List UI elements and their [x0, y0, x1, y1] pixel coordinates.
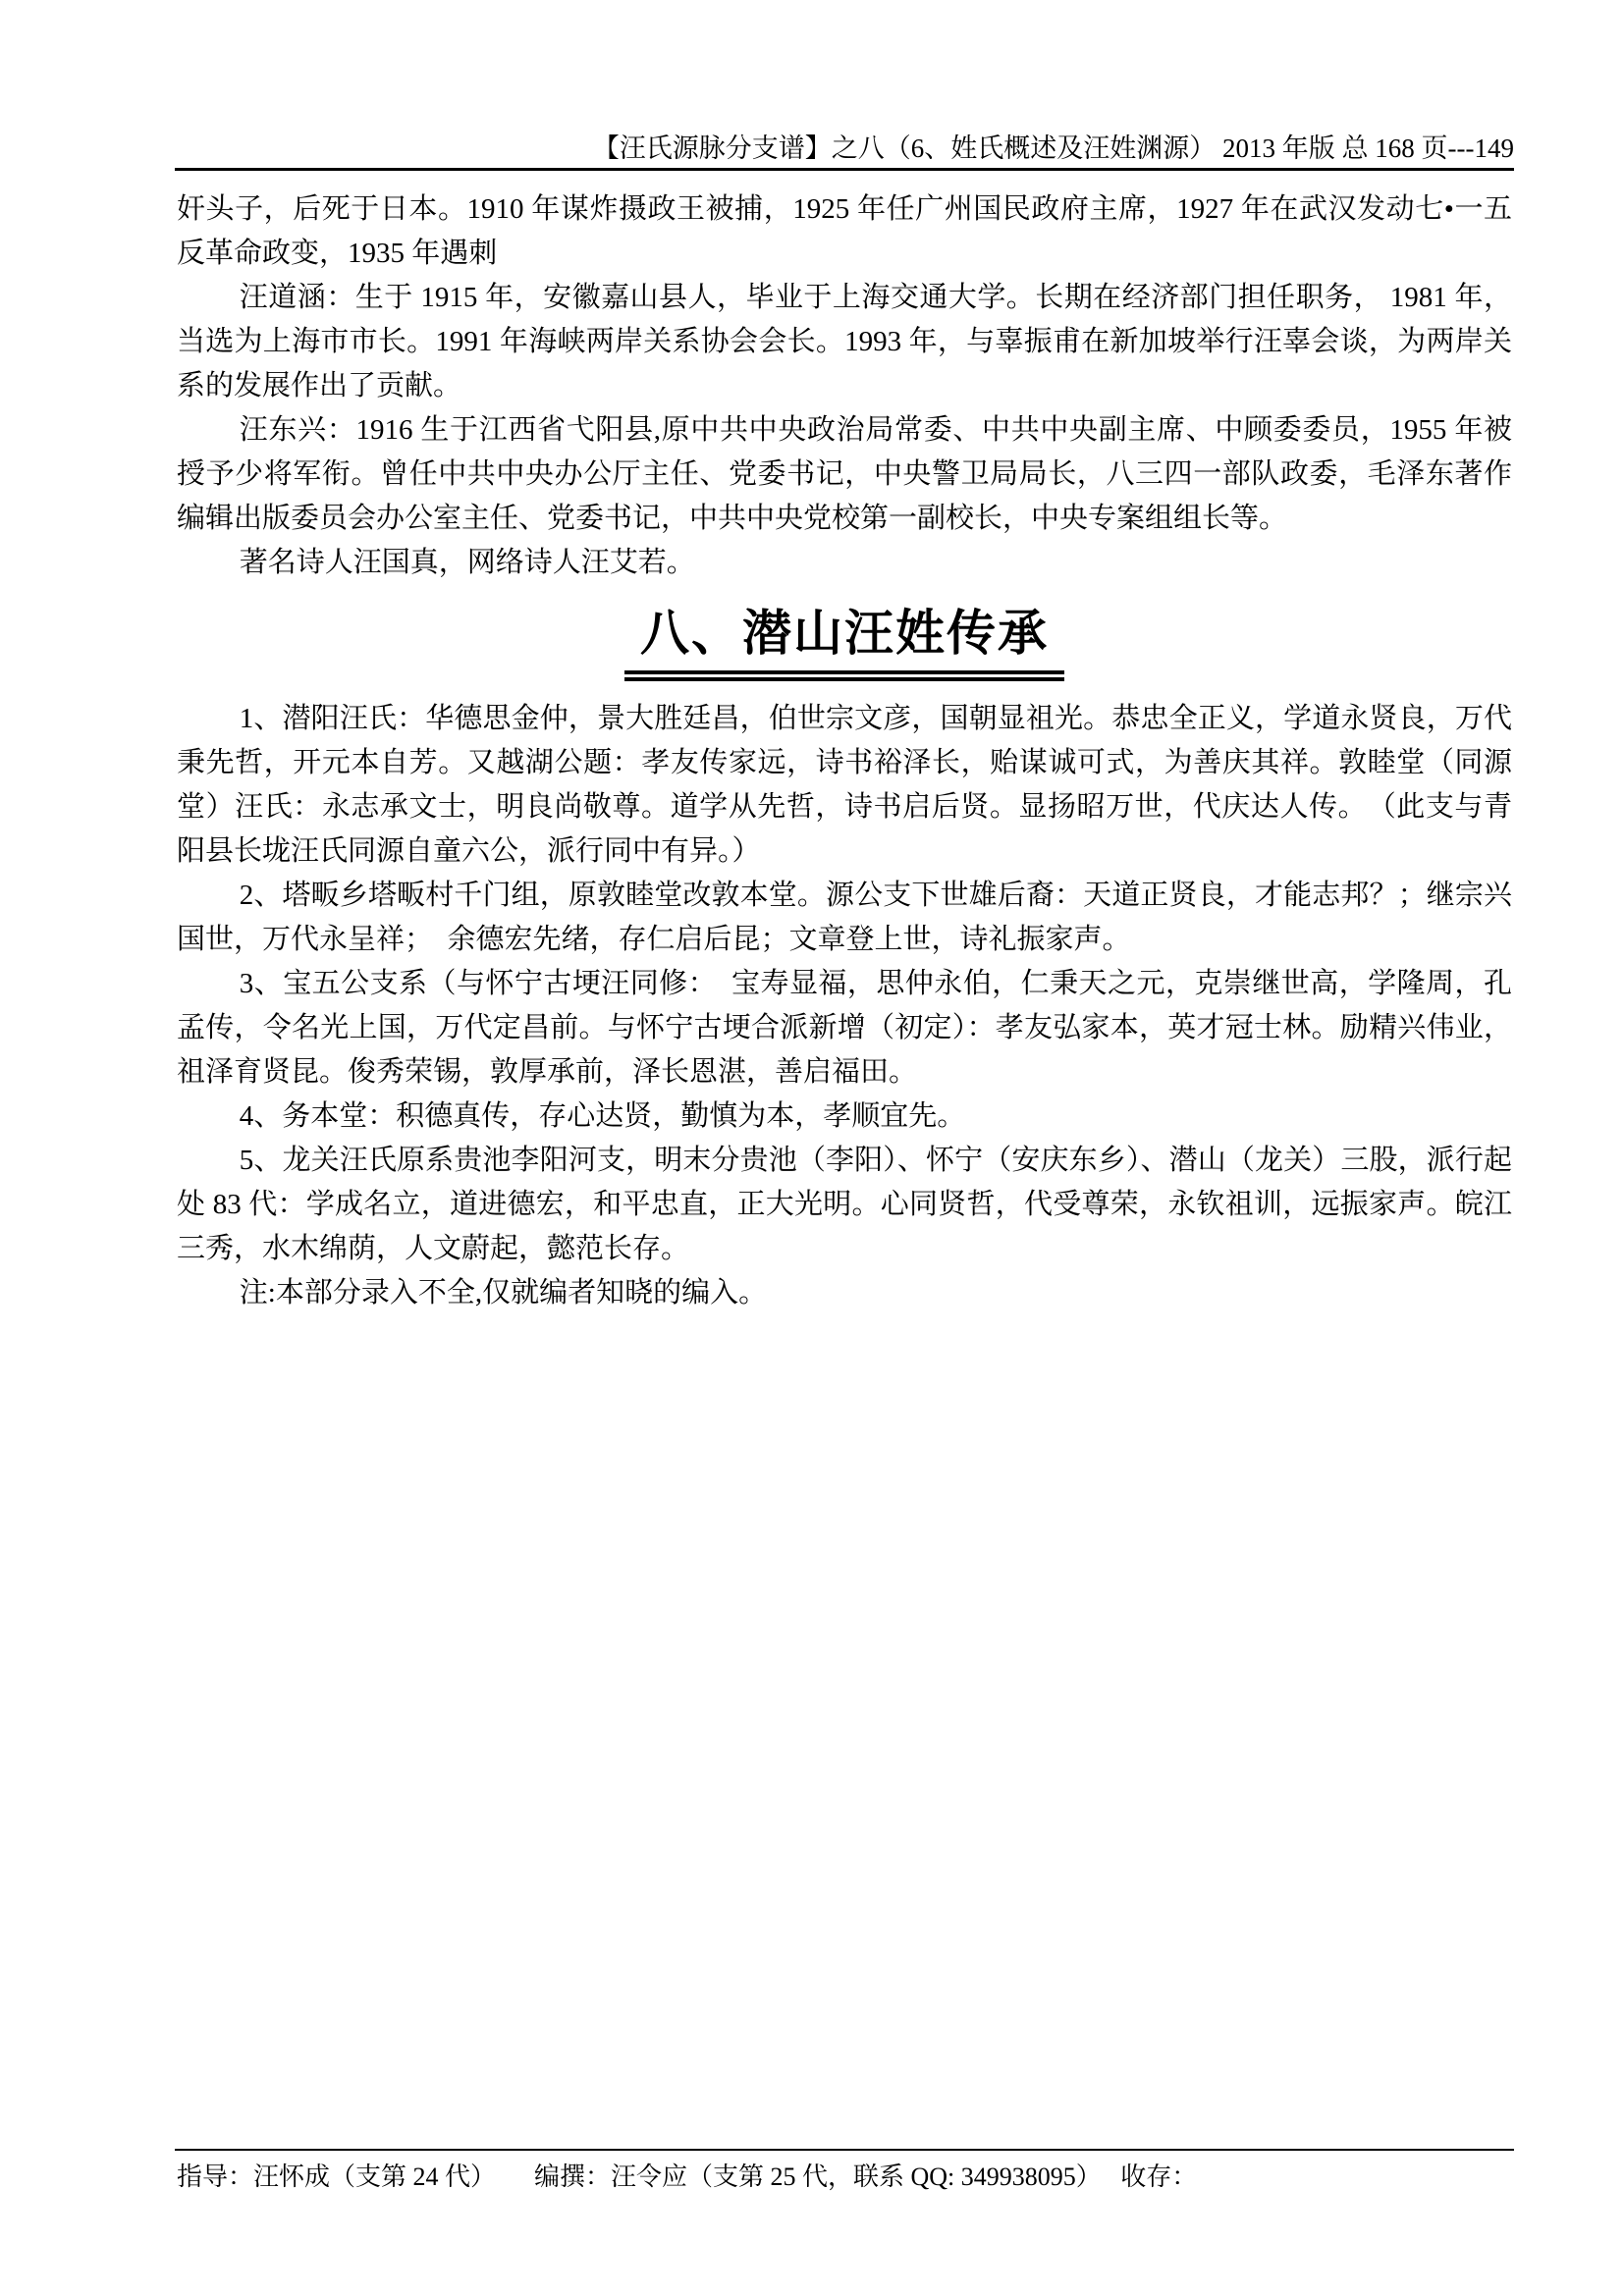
list-item-5: 5、龙关汪氏原系贵池李阳河支，明末分贵池（李阳）、怀宁（安庆东乡）、潜山（龙关）…	[177, 1139, 1512, 1271]
list-item-2: 2、塔畈乡塔畈村千门组，原敦睦堂改敦本堂。源公支下世雄后裔：天道正贤良，才能志邦…	[177, 874, 1512, 962]
page-header-title: 【汪氏源脉分支谱】之八（6、姓氏概述及汪姓渊源） 2013 年版 总 168 页…	[175, 132, 1514, 165]
header-rule	[175, 168, 1514, 171]
section-title-text: 八、潜山汪姓传承	[624, 606, 1064, 681]
paragraph-wang-dongxing: 汪东兴：1916 生于江西省弋阳县,原中共中央政治局常委、中共中央副主席、中顾委…	[177, 408, 1512, 541]
editor-note: 注:本部分录入不全,仅就编者知晓的编入。	[177, 1271, 1512, 1315]
list-item-1: 1、潜阳汪氏：华德思金仲，景大胜廷昌，伯世宗文彦，国朝显祖光。恭忠全正义，学道永…	[177, 697, 1512, 874]
paragraph-wang-daohan: 汪道涵：生于 1915 年，安徽嘉山县人，毕业于上海交通大学。长期在经济部门担任…	[177, 276, 1512, 408]
section-title: 八、潜山汪姓传承	[177, 606, 1512, 681]
document-page: 【汪氏源脉分支谱】之八（6、姓氏概述及汪姓渊源） 2013 年版 总 168 页…	[0, 0, 1624, 2296]
paragraph-poets: 著名诗人汪国真，网络诗人汪艾若。	[177, 541, 1512, 585]
list-item-4: 4、务本堂：积德真传，存心达贤，勤慎为本，孝顺宜先。	[177, 1095, 1512, 1139]
footer-rule	[175, 2149, 1514, 2151]
paragraph-continuation: 奸头子，后死于日本。1910 年谋炸摄政王被捕，1925 年任广州国民政府主席，…	[177, 187, 1512, 276]
page-footer-text: 指导：汪怀成（支第 24 代） 编撰：汪令应（支第 25 代，联系 QQ: 34…	[177, 2159, 1516, 2196]
document-body: 奸头子，后死于日本。1910 年谋炸摄政王被捕，1925 年任广州国民政府主席，…	[177, 187, 1512, 1315]
list-item-3: 3、宝五公支系（与怀宁古埂汪同修： 宝寿显福，思仲永伯，仁秉天之元，克崇继世高，…	[177, 962, 1512, 1095]
